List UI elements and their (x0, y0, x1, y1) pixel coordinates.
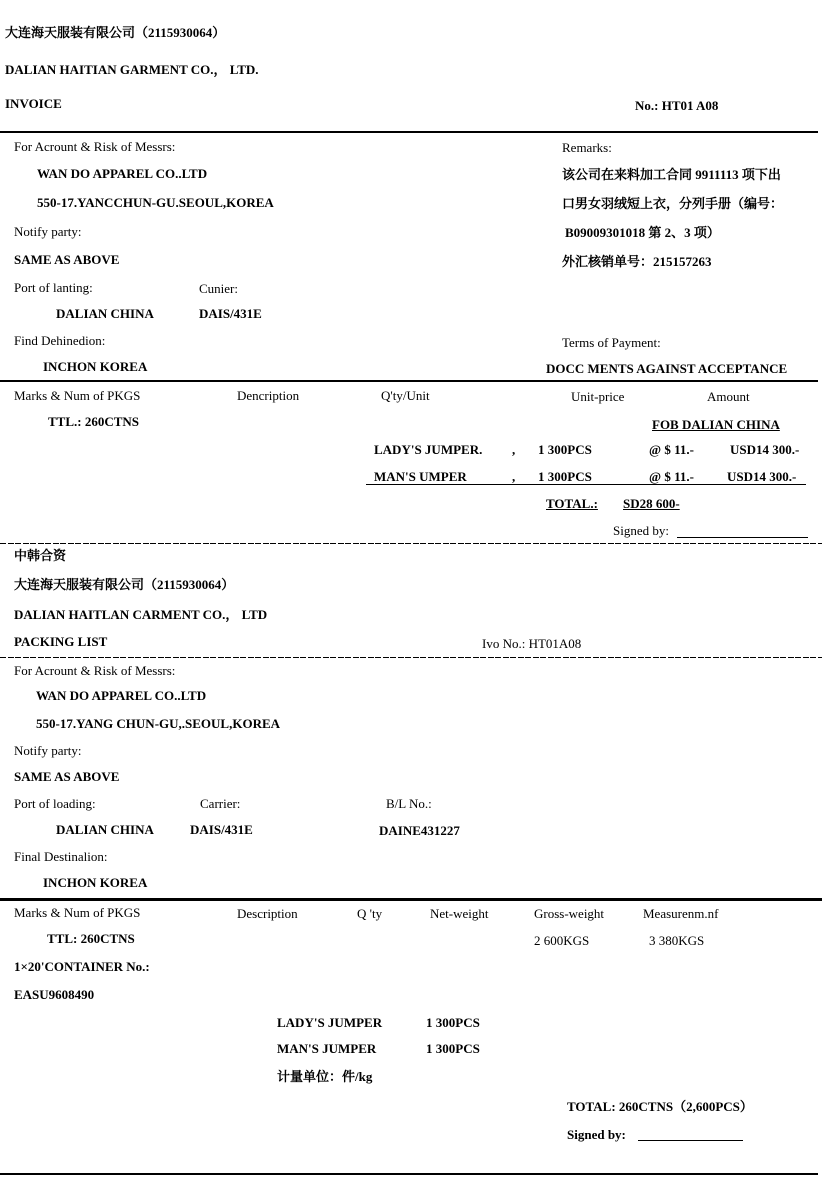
signed-label: Signed by: (567, 1128, 626, 1141)
remarks-line: 外汇核销单号：215157263 (562, 255, 712, 268)
total-value: SD28 600- (623, 497, 680, 510)
underline (366, 484, 806, 485)
col-header-unit-price: Unit-price (571, 390, 624, 403)
invoice-title: INVOICE (5, 97, 62, 110)
packing-company-en: DALIAN HAITLAN CARMENT CO.， LTD (14, 608, 267, 621)
invoice-company-cn: 大连海天服装有限公司（2115930064） (5, 26, 225, 39)
col-header-marks: Marks & Num of PKGS (14, 906, 140, 919)
port-label: Port of loading: (14, 797, 96, 810)
invoice-number: No.: HT01 A08 (635, 99, 718, 112)
destination-value: INCHON KOREA (43, 360, 147, 373)
marks-value: TTL: 260CTNS (47, 932, 135, 945)
signature-field[interactable] (677, 537, 808, 538)
notify-value: SAME AS ABOVE (14, 770, 119, 783)
item-separator: , (512, 470, 515, 483)
item-amount: USD14 300.- (727, 470, 796, 483)
port-label: Port of lanting: (14, 281, 93, 294)
signed-label: Signed by: (613, 524, 669, 537)
account-label: For Acrount & Risk of Messrs: (14, 664, 175, 677)
item-description: MAN'S JUMPER (277, 1042, 376, 1055)
divider (0, 380, 818, 382)
container-label: 1×20'CONTAINER No.: (14, 960, 150, 973)
joint-venture-label: 中韩合资 (14, 549, 66, 562)
unit-note: 计量单位：件/kg (277, 1070, 372, 1083)
col-header-net-weight: Net-weight (430, 907, 488, 920)
bl-label: B/L No.: (386, 797, 432, 810)
item-qty: 1 300PCS (538, 470, 592, 483)
measurement-value: 3 380KGS (649, 934, 704, 947)
carrier-label: Carrier: (200, 797, 240, 810)
divider (0, 657, 822, 658)
item-qty: 1 300PCS (538, 443, 592, 456)
col-header-marks: Marks & Num of PKGS (14, 389, 140, 402)
remarks-line: 该公司在来料加工合同 9911113 项下出 (562, 168, 781, 181)
remarks-label: Remarks: (562, 141, 612, 154)
packing-invoice-no: Ivo No.: HT01A08 (482, 637, 581, 650)
notify-label: Notify party: (14, 744, 82, 757)
carrier-value: DAIS/431E (199, 307, 262, 320)
col-header-qty: Q'ty/Unit (381, 389, 430, 402)
buyer-address: 550-17.YANCCHUN-GU.SEOUL,KOREA (37, 196, 274, 209)
buyer-name: WAN DO APPAREL CO..LTD (36, 689, 206, 702)
divider (0, 131, 818, 133)
packing-company-cn: 大连海天服装有限公司（2115930064） (14, 578, 234, 591)
item-separator: , (512, 443, 515, 456)
divider (0, 1173, 818, 1175)
remarks-line: B09009301018 第 2、3 项） (565, 226, 720, 239)
destination-value: INCHON KOREA (43, 876, 147, 889)
divider (0, 543, 822, 544)
item-amount: USD14 300.- (730, 443, 799, 456)
bl-value: DAINE431227 (379, 824, 460, 837)
invoice-company-en: DALIAN HAITIAN GARMENT CO.， LTD. (5, 63, 259, 76)
container-value: EASU9608490 (14, 988, 94, 1001)
account-label: For Acrount & Risk of Messrs: (14, 140, 175, 153)
col-header-description: Dencription (237, 389, 299, 402)
item-qty: 1 300PCS (426, 1042, 480, 1055)
divider (0, 898, 822, 901)
carrier-label: Cunier: (199, 282, 238, 295)
col-header-description: Description (237, 907, 298, 920)
carrier-value: DAIS/431E (190, 823, 253, 836)
notify-label: Notify party: (14, 225, 82, 238)
remarks-line: 口男女羽绒短上衣，分列手册（编号： (562, 197, 783, 210)
packing-total: TOTAL: 260CTNS（2,600PCS） (567, 1100, 753, 1113)
notify-value: SAME AS ABOVE (14, 253, 119, 266)
col-header-gross-weight: Gross-weight (534, 907, 604, 920)
col-header-measurement: Measurenm.nf (643, 907, 718, 920)
item-qty: 1 300PCS (426, 1016, 480, 1029)
total-label: TOTAL.: (546, 497, 598, 510)
item-unit-price: @ $ 11.- (649, 443, 694, 456)
terms-label: Terms of Payment: (562, 336, 661, 349)
terms-value: DOCC MENTS AGAINST ACCEPTANCE (546, 362, 787, 375)
signature-field[interactable] (638, 1140, 743, 1141)
buyer-name: WAN DO APPAREL CO..LTD (37, 167, 207, 180)
packing-title: PACKING LIST (14, 635, 107, 648)
item-description: LADY'S JUMPER. (374, 443, 482, 456)
gross-weight-value: 2 600KGS (534, 934, 589, 947)
item-description: LADY'S JUMPER (277, 1016, 382, 1029)
marks-value: TTL.: 260CTNS (48, 415, 139, 428)
price-term: FOB DALIAN CHINA (652, 418, 780, 431)
destination-label: Find Dehinedion: (14, 334, 105, 347)
port-value: DALIAN CHINA (56, 307, 154, 320)
item-unit-price: @ $ 11.- (649, 470, 694, 483)
destination-label: Final Destinalion: (14, 850, 108, 863)
col-header-amount: Amount (707, 390, 750, 403)
col-header-qty: Q 'ty (357, 907, 382, 920)
buyer-address: 550-17.YANG CHUN-GU,.SEOUL,KOREA (36, 717, 280, 730)
port-value: DALIAN CHINA (56, 823, 154, 836)
item-description: MAN'S UMPER (374, 470, 467, 483)
